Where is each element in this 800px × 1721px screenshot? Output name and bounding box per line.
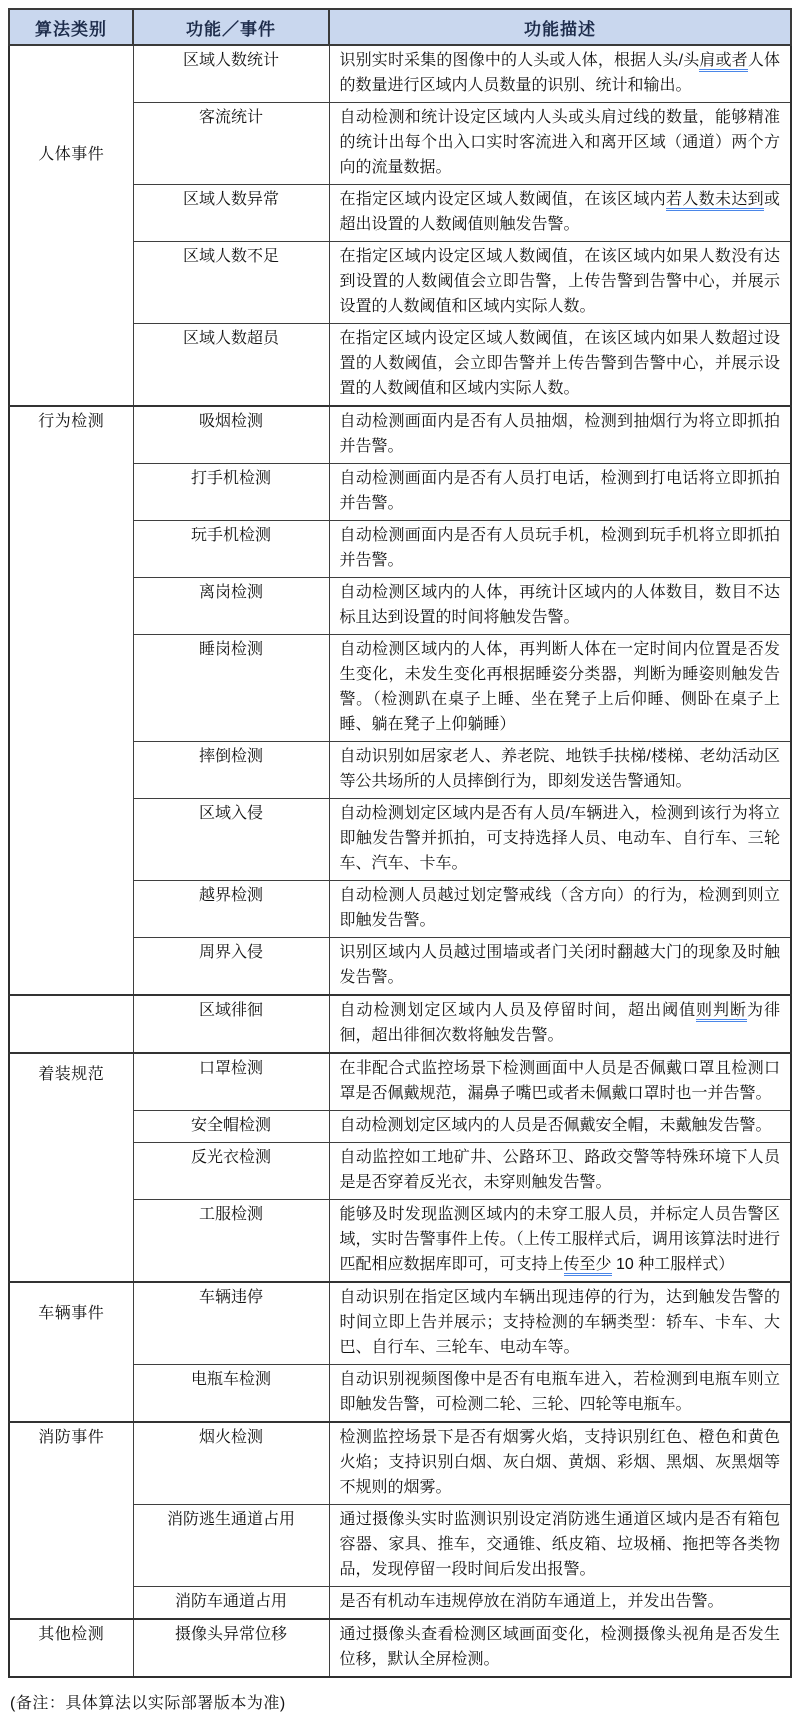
event-cell: 客流统计 xyxy=(133,103,329,185)
description-cell: 自动检测人员越过划定警戒线（含方向）的行为，检测到则立即触发告警。 xyxy=(329,881,791,938)
event-cell: 反光衣检测 xyxy=(133,1143,329,1200)
category-cell: 消防事件 xyxy=(9,1422,133,1619)
event-cell: 周界入侵 xyxy=(133,938,329,996)
table-row: 区域徘徊自动检测划定区域内人员及停留时间，超出阈值则判断为徘徊，超出徘徊次数将触… xyxy=(9,995,791,1053)
description-cell: 能够及时发现监测区域内的未穿工服人员，并标定人员告警区域，实时告警事件上传。（上… xyxy=(329,1200,791,1283)
header-event: 功能／事件 xyxy=(133,9,329,45)
description-cell: 自动检测和统计设定区域内人头或头肩过线的数量，能够精准的统计出每个出入口实时客流… xyxy=(329,103,791,185)
event-cell: 玩手机检测 xyxy=(133,521,329,578)
description-cell: 是否有机动车违规停放在消防车通道上，并发出告警。 xyxy=(329,1587,791,1620)
description-text: 自动检测画面内是否有人员玩手机，检测到玩手机将立即抓拍并告警。 xyxy=(340,527,781,569)
description-text: 自动检测划定区域内是否有人员/车辆进入，检测到该行为将立即触发告警并抓拍，可支持… xyxy=(340,805,781,872)
event-cell: 安全帽检测 xyxy=(133,1111,329,1143)
event-cell: 摄像头异常位移 xyxy=(133,1619,329,1677)
description-text: 10 种工服样式） xyxy=(612,1256,735,1273)
description-cell: 自动识别在指定区域内车辆出现违停的行为，达到触发告警的时间立即上告并展示；支持检… xyxy=(329,1282,791,1365)
category-cell: 车辆事件 xyxy=(9,1282,133,1422)
description-cell: 自动检测区域内的人体，再统计区域内的人体数目，数目不达标且达到设置的时间将触发告… xyxy=(329,578,791,635)
description-text: 自动监控如工地矿井、公路环卫、路政交警等特殊环境下人员是是否穿着反光衣，未穿则触… xyxy=(340,1149,781,1191)
event-cell: 摔倒检测 xyxy=(133,742,329,799)
event-cell: 区域人数异常 xyxy=(133,185,329,242)
description-text: 在非配合式监控场景下检测画面中人员是否佩戴口罩且检测口罩是否佩戴规范，漏鼻子嘴巴… xyxy=(340,1060,781,1102)
description-cell: 自动检测画面内是否有人员抽烟，检测到抽烟行为将立即抓拍并告警。 xyxy=(329,406,791,464)
description-text: 识别区域内人员越过围墙或者门关闭时翻越大门的现象及时触发告警。 xyxy=(340,944,781,986)
table-row: 消防事件烟火检测检测监控场景下是否有烟雾火焰，支持识别红色、橙色和黄色火焰；支持… xyxy=(9,1422,791,1505)
description-text: 自动识别视频图像中是否有电瓶车进入，若检测到电瓶车则立即触发告警，可检测二轮、三… xyxy=(340,1371,781,1413)
description-cell: 自动检测画面内是否有人员玩手机，检测到玩手机将立即抓拍并告警。 xyxy=(329,521,791,578)
grammar-underline: 肩或者 xyxy=(699,52,747,72)
description-text: 检测监控场景下是否有烟雾火焰，支持识别红色、橙色和黄色火焰；支持识别白烟、灰白烟… xyxy=(340,1429,781,1496)
description-cell: 识别实时采集的图像中的人头或人体，根据人头/头肩或者人体的数量进行区域内人员数量… xyxy=(329,45,791,103)
table-header-row: 算法类别 功能／事件 功能描述 xyxy=(9,9,791,45)
event-cell: 区域入侵 xyxy=(133,799,329,881)
grammar-underline: 传至少 xyxy=(564,1256,612,1276)
event-cell: 区域人数统计 xyxy=(133,45,329,103)
description-text: 自动识别在指定区域内车辆出现违停的行为，达到触发告警的时间立即上告并展示；支持检… xyxy=(340,1289,781,1356)
algorithm-feature-table: 算法类别 功能／事件 功能描述 人体事件区域人数统计识别实时采集的图像中的人头或… xyxy=(8,8,792,1678)
footnote: (备注：具体算法以实际部署版本为准) xyxy=(8,1678,792,1713)
category-cell: 人体事件 xyxy=(9,45,133,406)
category-cell: 着装规范 xyxy=(9,1053,133,1282)
description-cell: 自动检测画面内是否有人员打电话，检测到打电话将立即抓拍并告警。 xyxy=(329,464,791,521)
description-cell: 识别区域内人员越过围墙或者门关闭时翻越大门的现象及时触发告警。 xyxy=(329,938,791,996)
description-text: 自动检测和统计设定区域内人头或头肩过线的数量，能够精准的统计出每个出入口实时客流… xyxy=(340,109,781,176)
description-text: 通过摄像头实时监测识别设定消防逃生通道区域内是否有箱包容器、家具、推车，交通锥、… xyxy=(340,1511,781,1578)
event-cell: 区域人数不足 xyxy=(133,242,329,324)
event-cell: 越界检测 xyxy=(133,881,329,938)
description-cell: 自动检测区域内的人体，再判断人体在一定时间内位置是否发生变化，未发生变化再根据睡… xyxy=(329,635,791,742)
table-row: 其他检测摄像头异常位移通过摄像头查看检测区域画面变化，检测摄像头视角是否发生位移… xyxy=(9,1619,791,1677)
event-cell: 离岗检测 xyxy=(133,578,329,635)
description-cell: 在指定区域内设定区域人数阈值，在该区域内如果人数超过设置的人数阈值，会立即告警并… xyxy=(329,324,791,407)
table-row: 人体事件区域人数统计识别实时采集的图像中的人头或人体，根据人头/头肩或者人体的数… xyxy=(9,45,791,103)
grammar-underline: 若人数未达到 xyxy=(666,191,764,211)
description-text: 在指定区域内设定区域人数阈值，在该区域内 xyxy=(340,191,667,208)
table-row: 行为检测吸烟检测自动检测画面内是否有人员抽烟，检测到抽烟行为将立即抓拍并告警。 xyxy=(9,406,791,464)
table-row: 着装规范口罩检测在非配合式监控场景下检测画面中人员是否佩戴口罩且检测口罩是否佩戴… xyxy=(9,1053,791,1111)
category-cell: 行为检测 xyxy=(9,406,133,995)
table-body: 人体事件区域人数统计识别实时采集的图像中的人头或人体，根据人头/头肩或者人体的数… xyxy=(9,45,791,1677)
event-cell: 消防车通道占用 xyxy=(133,1587,329,1620)
description-text: 自动检测划定区域内的人员是否佩戴安全帽，未戴触发告警。 xyxy=(340,1117,772,1134)
description-cell: 通过摄像头实时监测识别设定消防逃生通道区域内是否有箱包容器、家具、推车，交通锥、… xyxy=(329,1505,791,1587)
description-cell: 通过摄像头查看检测区域画面变化，检测摄像头视角是否发生位移，默认全屏检测。 xyxy=(329,1619,791,1677)
description-cell: 自动检测划定区域内人员及停留时间，超出阈值则判断为徘徊，超出徘徊次数将触发告警。 xyxy=(329,995,791,1053)
event-cell: 电瓶车检测 xyxy=(133,1365,329,1423)
event-cell: 口罩检测 xyxy=(133,1053,329,1111)
description-text: 是否有机动车违规停放在消防车通道上，并发出告警。 xyxy=(340,1593,724,1610)
header-category: 算法类别 xyxy=(9,9,133,45)
description-cell: 检测监控场景下是否有烟雾火焰，支持识别红色、橙色和黄色火焰；支持识别白烟、灰白烟… xyxy=(329,1422,791,1505)
event-cell: 消防逃生通道占用 xyxy=(133,1505,329,1587)
description-cell: 在指定区域内设定区域人数阈值，在该区域内如果人数没有达到设置的人数阈值会立即告警… xyxy=(329,242,791,324)
description-text: 自动检测区域内的人体，再判断人体在一定时间内位置是否发生变化，未发生变化再根据睡… xyxy=(340,641,781,733)
description-text: 自动识别如居家老人、养老院、地铁手扶梯/楼梯、老幼活动区等公共场所的人员摔倒行为… xyxy=(340,748,781,790)
event-cell: 睡岗检测 xyxy=(133,635,329,742)
document-page: 算法类别 功能／事件 功能描述 人体事件区域人数统计识别实时采集的图像中的人头或… xyxy=(0,0,800,1721)
category-cell: 其他检测 xyxy=(9,1619,133,1677)
event-cell: 区域人数超员 xyxy=(133,324,329,407)
event-cell: 吸烟检测 xyxy=(133,406,329,464)
description-text: 在指定区域内设定区域人数阈值，在该区域内如果人数超过设置的人数阈值，会立即告警并… xyxy=(340,330,781,397)
description-cell: 自动检测划定区域内的人员是否佩戴安全帽，未戴触发告警。 xyxy=(329,1111,791,1143)
description-cell: 在非配合式监控场景下检测画面中人员是否佩戴口罩且检测口罩是否佩戴规范，漏鼻子嘴巴… xyxy=(329,1053,791,1111)
header-description: 功能描述 xyxy=(329,9,791,45)
description-text: 自动检测区域内的人体，再统计区域内的人体数目，数目不达标且达到设置的时间将触发告… xyxy=(340,584,781,626)
event-cell: 烟火检测 xyxy=(133,1422,329,1505)
event-cell: 区域徘徊 xyxy=(133,995,329,1053)
description-cell: 自动识别视频图像中是否有电瓶车进入，若检测到电瓶车则立即触发告警，可检测二轮、三… xyxy=(329,1365,791,1423)
description-cell: 在指定区域内设定区域人数阈值，在该区域内若人数未达到或超出设置的人数阈值则触发告… xyxy=(329,185,791,242)
description-cell: 自动监控如工地矿井、公路环卫、路政交警等特殊环境下人员是是否穿着反光衣，未穿则触… xyxy=(329,1143,791,1200)
description-cell: 自动检测划定区域内是否有人员/车辆进入，检测到该行为将立即触发告警并抓拍，可支持… xyxy=(329,799,791,881)
table-row: 车辆事件车辆违停自动识别在指定区域内车辆出现违停的行为，达到触发告警的时间立即上… xyxy=(9,1282,791,1365)
description-text: 自动检测人员越过划定警戒线（含方向）的行为，检测到则立即触发告警。 xyxy=(340,887,781,929)
event-cell: 打手机检测 xyxy=(133,464,329,521)
description-text: 自动检测画面内是否有人员抽烟，检测到抽烟行为将立即抓拍并告警。 xyxy=(340,413,781,455)
description-text: 自动检测划定区域内人员及停留时间，超出阈值 xyxy=(340,1002,697,1019)
description-cell: 自动识别如居家老人、养老院、地铁手扶梯/楼梯、老幼活动区等公共场所的人员摔倒行为… xyxy=(329,742,791,799)
description-text: 自动检测画面内是否有人员打电话，检测到打电话将立即抓拍并告警。 xyxy=(340,470,781,512)
event-cell: 车辆违停 xyxy=(133,1282,329,1365)
grammar-underline: 则判断 xyxy=(696,1002,747,1022)
event-cell: 工服检测 xyxy=(133,1200,329,1283)
description-text: 识别实时采集的图像中的人头或人体，根据人头/头 xyxy=(340,52,700,69)
category-cell xyxy=(9,995,133,1053)
description-text: 在指定区域内设定区域人数阈值，在该区域内如果人数没有达到设置的人数阈值会立即告警… xyxy=(340,248,781,315)
description-text: 通过摄像头查看检测区域画面变化，检测摄像头视角是否发生位移，默认全屏检测。 xyxy=(340,1626,781,1668)
